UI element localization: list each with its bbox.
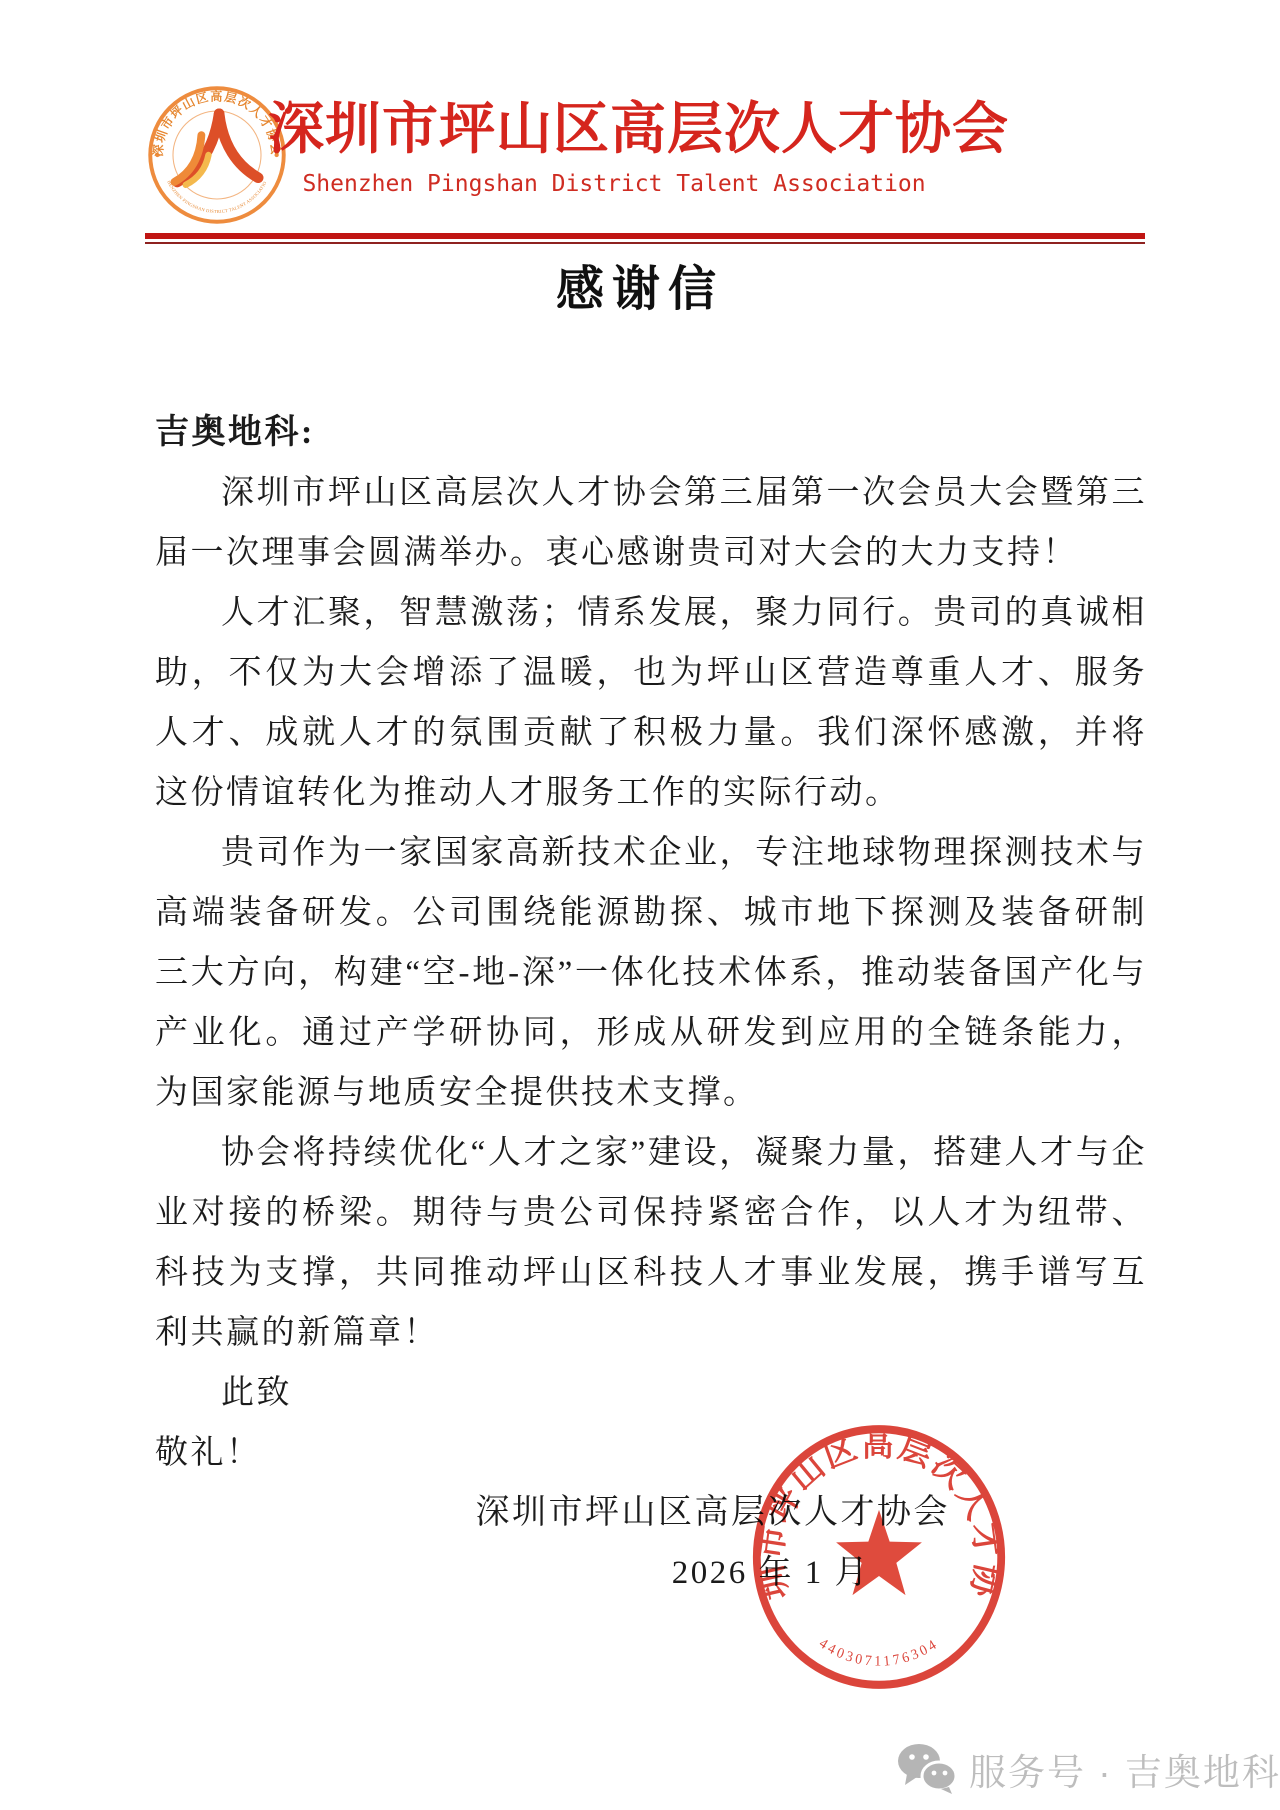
paragraph-4: 协会将持续优化“人才之家”建设，凝聚力量，搭建人才与企业对接的桥梁。期待与贵公司… — [155, 1123, 1147, 1363]
association-logo-icon: 深圳市坪山区高层次人才协会 SHENZHEN PINGSHAN DISTRICT… — [146, 84, 288, 226]
letter-title: 感谢信 — [0, 250, 1280, 319]
paragraph-1: 深圳市坪山区高层次人才协会第三届第一次会员大会暨第三届一次理事会圆满举办。衷心感… — [155, 463, 1147, 583]
closing-cizhi: 此致 — [155, 1363, 1147, 1423]
paragraph-2: 人才汇聚，智慧激荡；情系发展，聚力同行。贵司的真诚相助，不仅为大会增添了温暖，也… — [155, 583, 1147, 823]
logo-glyph — [174, 114, 258, 185]
association-name-en: Shenzhen Pingshan District Talent Associ… — [268, 171, 960, 197]
svg-text:4403071176304: 4403071176304 — [816, 1635, 941, 1670]
seal-star — [836, 1510, 922, 1595]
seal-number: 4403071176304 — [816, 1635, 941, 1670]
association-name-cn: 深圳市坪山区高层次人才协会 — [268, 100, 960, 162]
wechat-icon — [897, 1743, 959, 1795]
letterhead: 深圳市坪山区高层次人才协会 Shenzhen Pingshan District… — [268, 100, 960, 197]
paragraph-3: 贵司作为一家国家高新技术企业，专注地球物理探测技术与高端装备研发。公司围绕能源勘… — [155, 823, 1147, 1123]
letter-page: 深圳市坪山区高层次人才协会 SHENZHEN PINGSHAN DISTRICT… — [0, 0, 1280, 1810]
watermark-text: 服务号 · 吉奥地科 — [969, 1742, 1280, 1796]
divider-thick-line — [145, 233, 1145, 239]
divider-thin-line — [145, 242, 1145, 244]
service-account-watermark: 服务号 · 吉奥地科 — [897, 1742, 1280, 1796]
letterhead-divider — [145, 233, 1145, 244]
official-seal: 深圳市坪山区高层次人才协会 4403071176304 — [749, 1421, 1009, 1693]
salutation: 吉奥地科: — [155, 403, 1147, 463]
